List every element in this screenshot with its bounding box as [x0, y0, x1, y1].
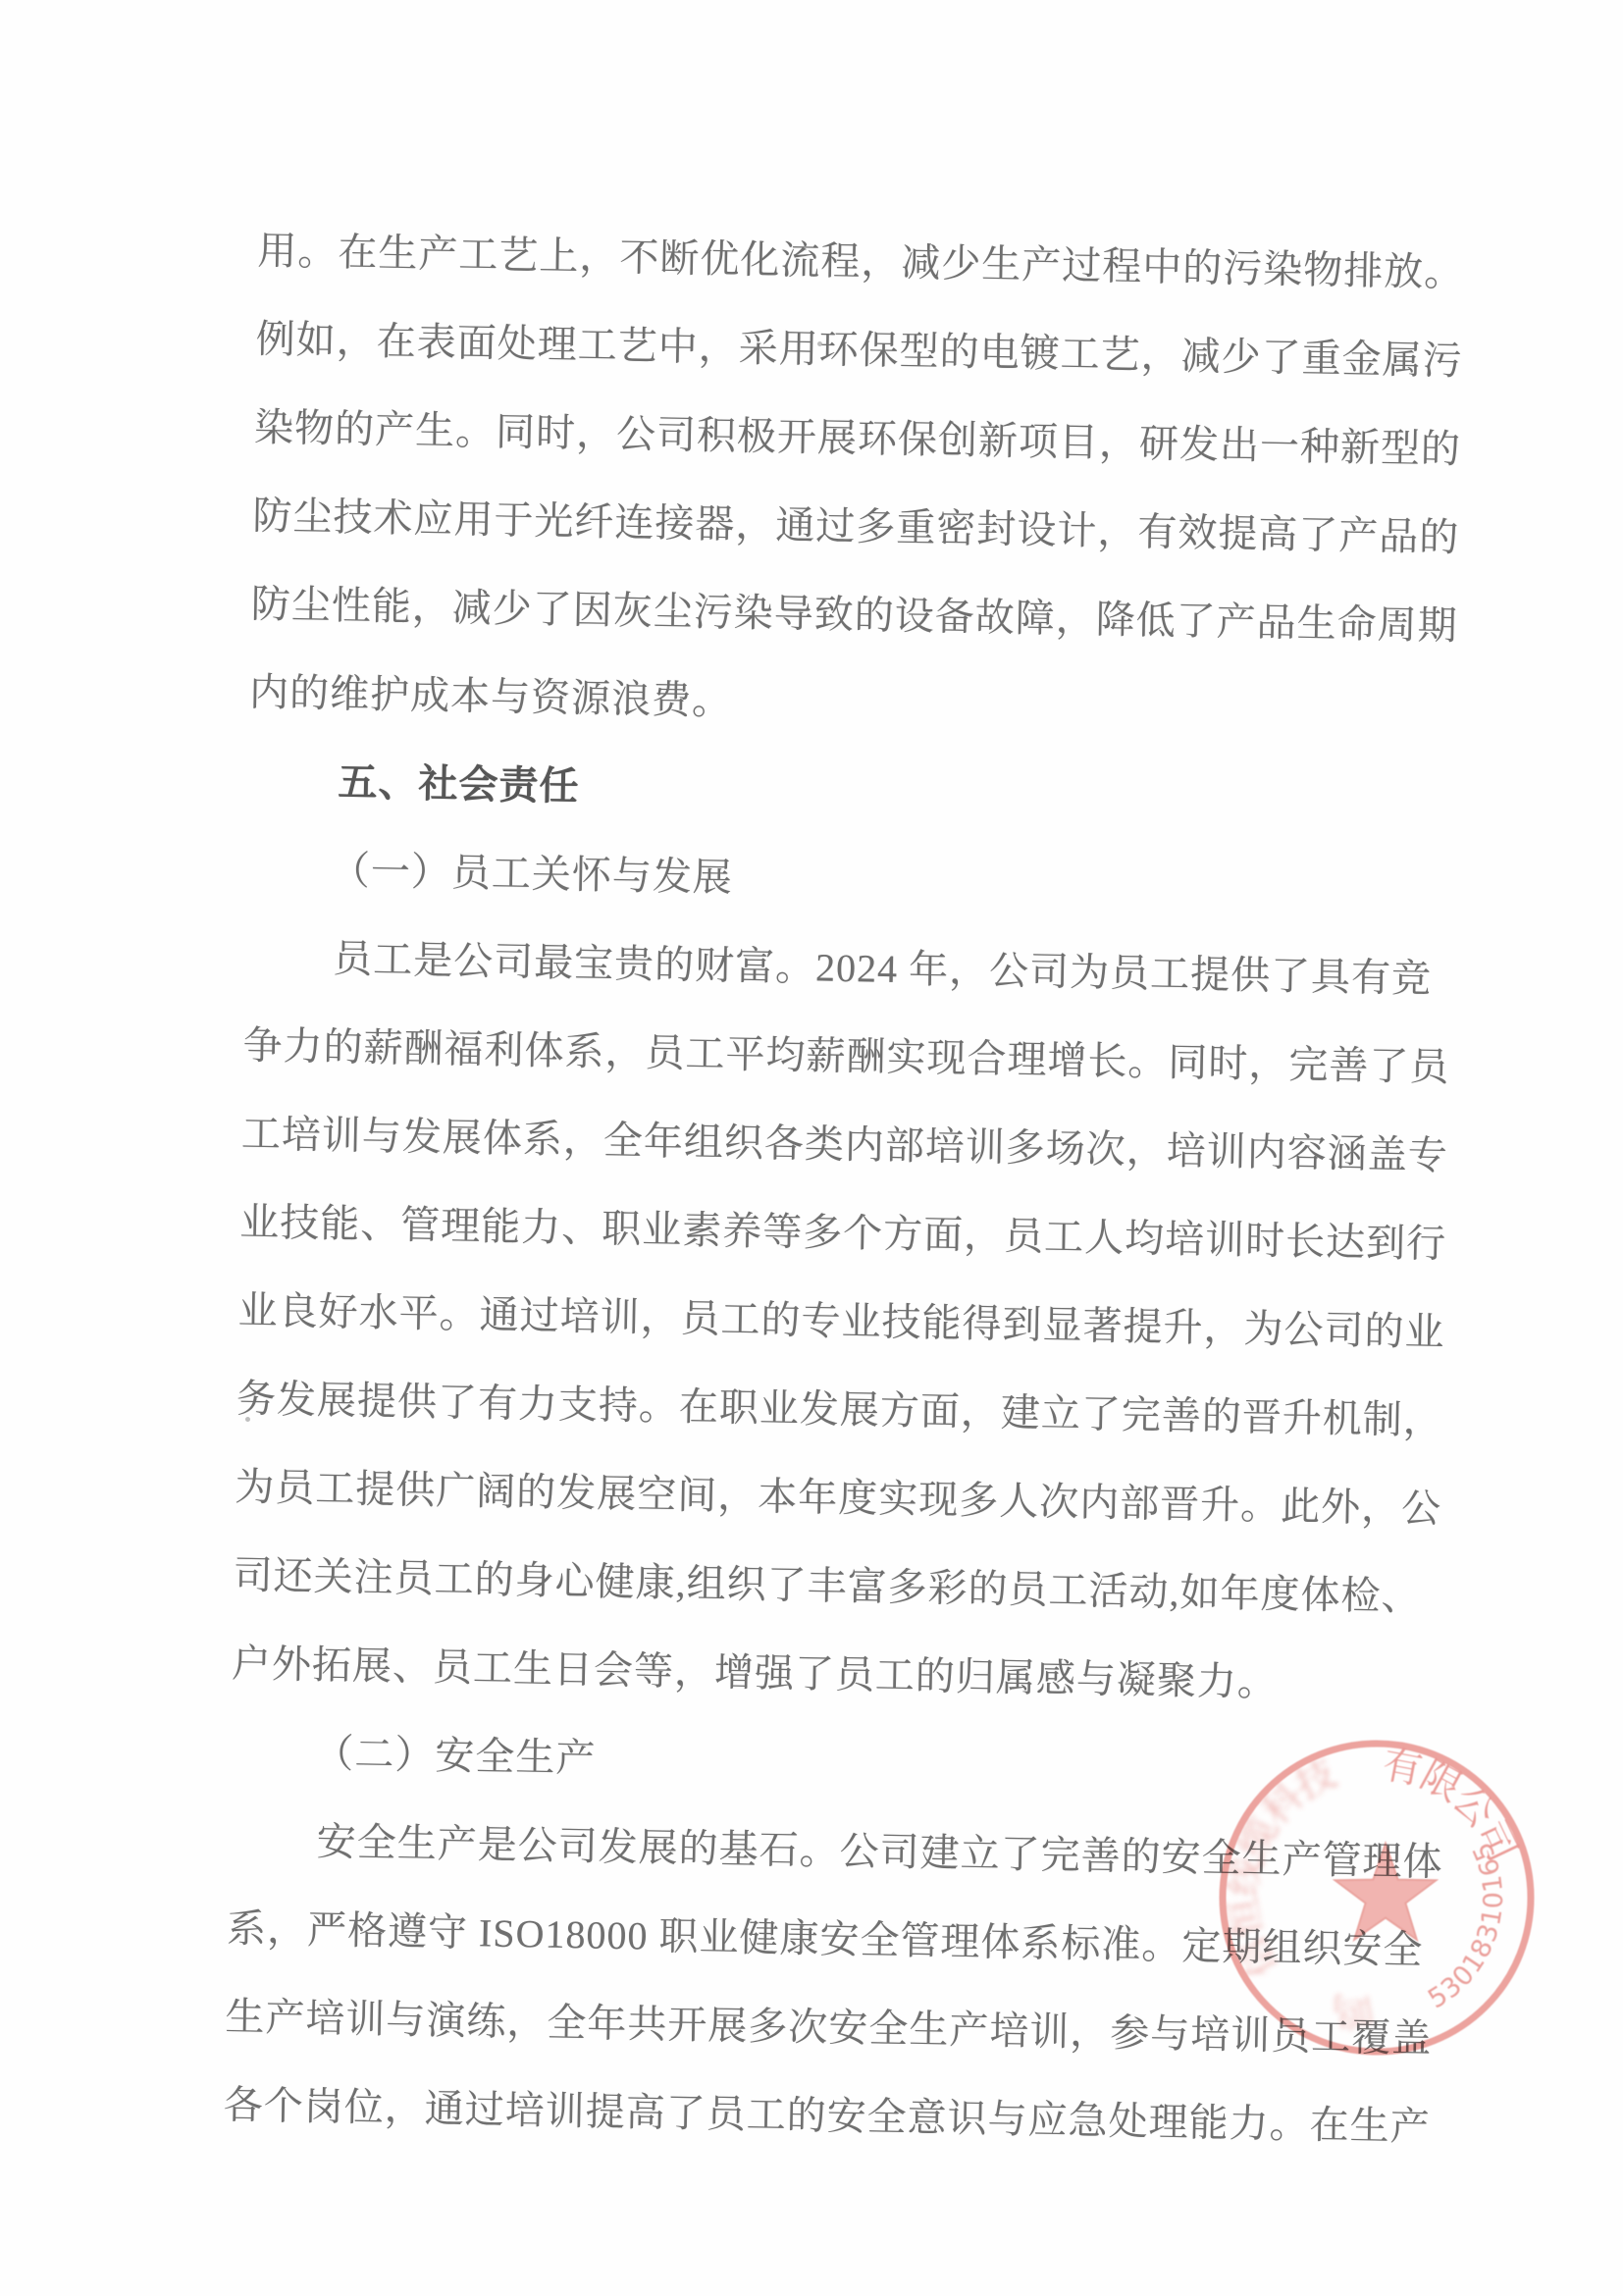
scanned-document-page: 用。在生产工艺上，不断优化流程，减少生产过程中的污染物排放。例如，在表面处理工艺…: [0, 0, 1623, 2296]
document-lines: 用。在生产工艺上，不断优化流程，减少生产过程中的污染物排放。例如，在表面处理工艺…: [223, 207, 1465, 2171]
scan-speck: [817, 341, 822, 346]
scan-speck: [245, 1417, 250, 1422]
